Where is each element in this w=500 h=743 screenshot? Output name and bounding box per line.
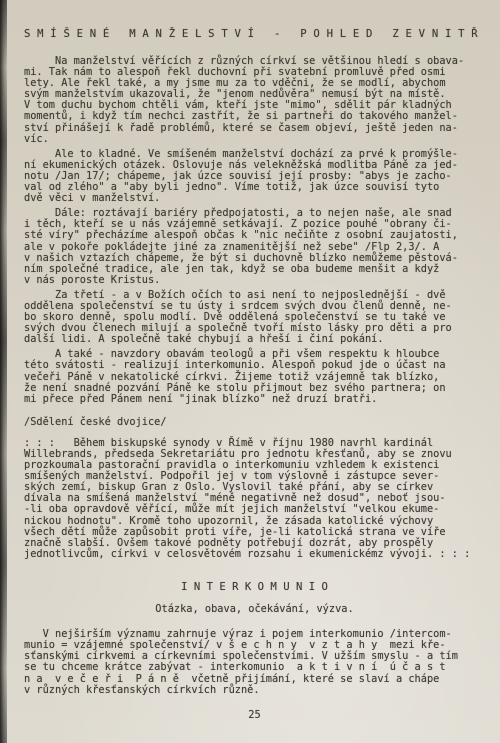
page-title: S M Í Š E N É M A N Ž E L S T V Í - P O … (24, 28, 485, 40)
paragraph-barriers: Dále: roztávají bariéry předpojatosti, a… (24, 208, 485, 286)
attribution-line: /Sdělení české dvojice/ (24, 417, 485, 428)
paragraph-ecumenical-questions: Ale to kladné. Ve smíšeném manželství do… (24, 149, 485, 204)
section-heading: I N T E R K O M U N I O (24, 582, 485, 593)
paragraph-interkomunio-definition: V nejširším významu zahrnuje výraz i poj… (24, 629, 485, 696)
page-number: 25 (24, 710, 485, 721)
paragraph-two-communities: Za třetí - a v Božích očích to asi není … (24, 290, 485, 345)
section-subheading: Otázka, obava, očekávání, výzva. (24, 604, 485, 615)
scanned-page: S M Í Š E N É M A N Ž E L S T V Í - P O … (0, 0, 500, 743)
paragraph-marriage-fears: Na manželství věřících z různých církví … (24, 56, 485, 145)
paragraph-intercommunion-practice: A také - navzdory obavám teologů a při v… (24, 349, 485, 404)
page-content: S M Í Š E N É M A N Ž E L S T V Í - P O … (0, 0, 500, 721)
synod-note-paragraph: : : : Během biskupské synody v Římě v ří… (24, 438, 485, 560)
